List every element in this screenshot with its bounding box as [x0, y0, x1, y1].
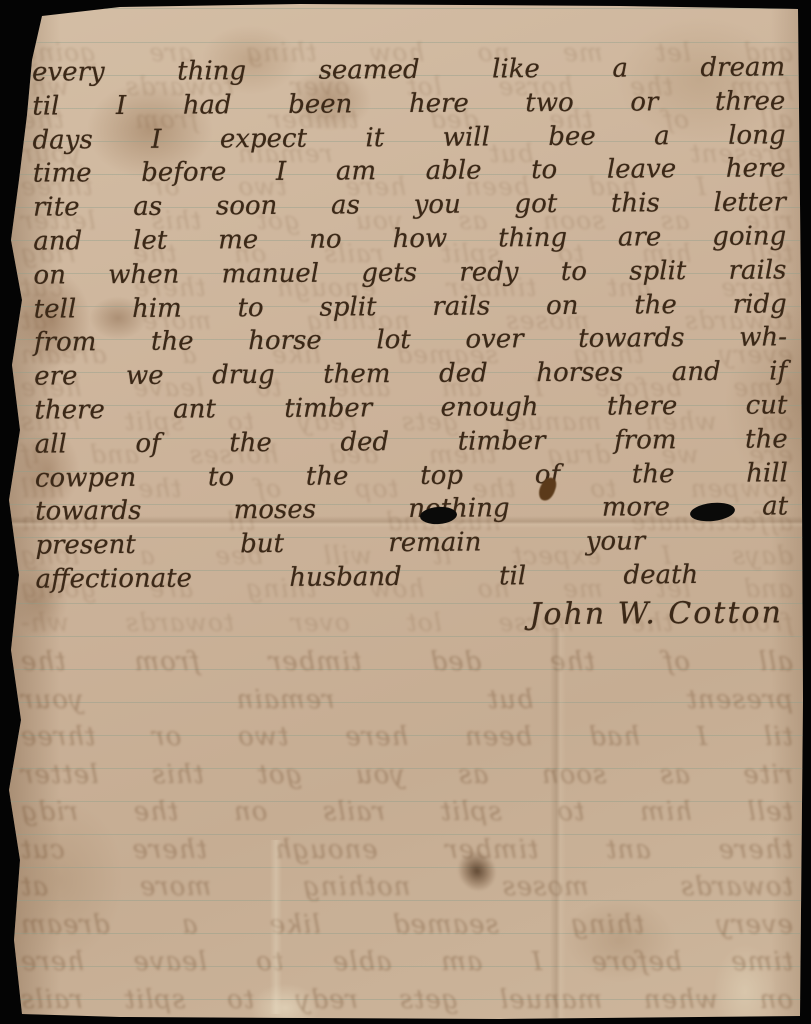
letter-line: cowpen to the top of the hill — [35, 457, 788, 496]
letter-line: days I expect it will bee a long — [32, 119, 785, 158]
fold-crease-vertical — [550, 628, 566, 1018]
bleedthrough-line: til I had been here two or three — [20, 719, 793, 757]
letter-line: rite as soon as you got this letter — [33, 187, 786, 226]
letter-line: from the horse lot over towards wh- — [34, 322, 787, 361]
letter-text: every thing seamed like a dream til I ha… — [32, 51, 789, 639]
signature: John W. Cotton — [36, 592, 789, 639]
letter-line: time before I am able to leave here — [33, 153, 786, 192]
bleedthrough-line: on when manuel gets redy to split rails — [20, 982, 793, 1017]
bleedthrough-line: time before I am able to leave here — [20, 944, 793, 982]
letter-line: all of the ded timber from the — [35, 423, 788, 462]
letter-line: affectionate husband til death — [36, 559, 699, 597]
letter-line: every thing seamed like a dream — [32, 51, 785, 90]
letter-line: tell him to split rails on the ridg — [34, 288, 787, 327]
letter-line: til I had been here two or three — [32, 85, 785, 124]
bleedthrough-line: rite as soon as you got this letter — [20, 757, 793, 795]
scan-backdrop: and let me no how thing are goingfrom th… — [0, 0, 811, 1024]
bleedthrough-line: every thing seamed like a dream — [20, 907, 793, 945]
letter-page: and let me no how thing are goingfrom th… — [0, 0, 811, 1024]
letter-line: present but remain your — [35, 526, 645, 564]
bleedthrough-line: all of the ded timber from the — [20, 644, 793, 682]
letter-line: there ant timber enough there cut — [34, 389, 787, 428]
bleedthrough-line: there ant timber enough there cut — [20, 832, 793, 870]
fold-crease-horizontal — [0, 516, 811, 528]
letter-line: and let me no how thing are going — [33, 220, 786, 259]
fold-crease-vertical-light — [270, 840, 282, 1014]
bleedthrough-line: present but remain your — [20, 682, 793, 720]
letter-line: on when manuel gets redy to split rails — [33, 254, 786, 293]
bleedthrough-line: towards moses nothing more at — [20, 869, 793, 907]
bleedthrough-line: tell him to split rails on the ridg — [20, 794, 793, 832]
ink-bleedthrough-bottom: all of the ded timber from thepresent bu… — [20, 644, 793, 1016]
letter-line: ere we drug them ded horses and if — [34, 356, 787, 395]
